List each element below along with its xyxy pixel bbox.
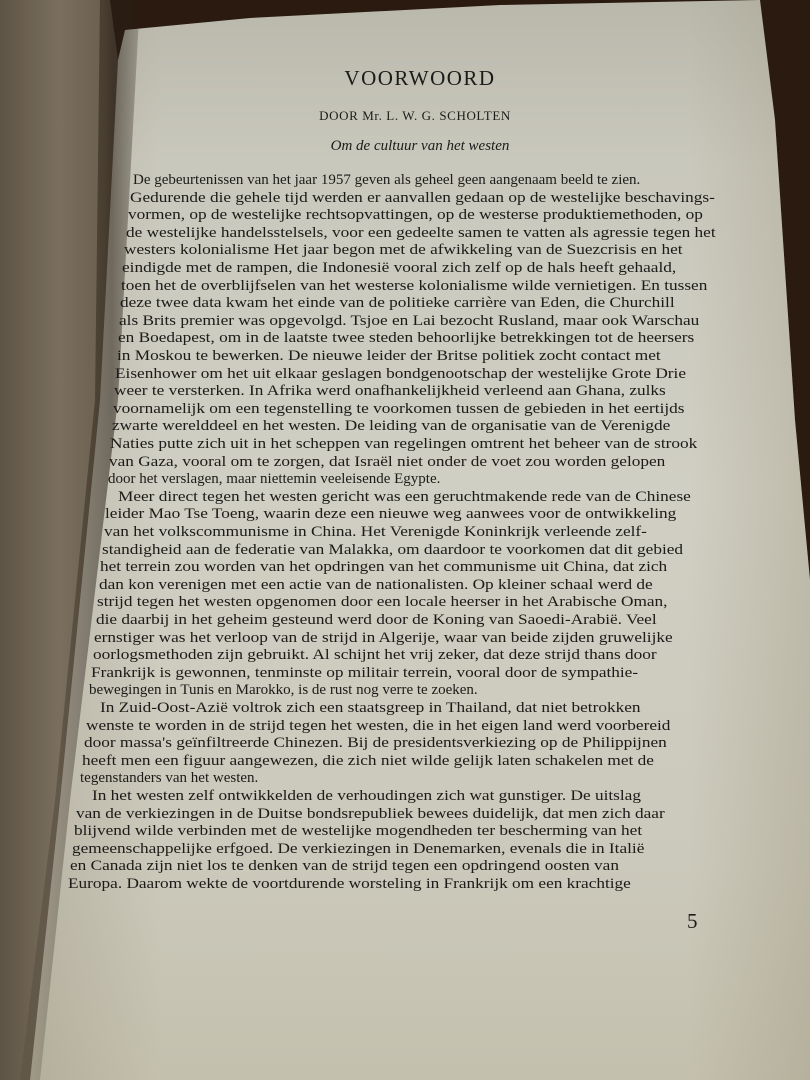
text-line: van het volkscommunisme in China. Het Ve… [104, 524, 647, 542]
text-line: Meer direct tegen het westen gericht was… [118, 489, 691, 507]
text-line: deze twee data kwam het einde van de pol… [120, 295, 675, 313]
text-line: De gebeurtenissen van het jaar 1957 geve… [133, 172, 640, 190]
text-line: het terrein zou worden van het opdringen… [100, 559, 667, 577]
text-line: heeft men een figuur aangewezen, die zic… [82, 753, 654, 771]
text-line: Gedurende die gehele tijd werden er aanv… [130, 190, 715, 208]
text-line: wenste te worden in de strijd tegen het … [86, 718, 670, 736]
text-line: Naties putte zich uit in het scheppen va… [110, 436, 697, 454]
text-line: de westelijke handelsstelsels, voor een … [126, 225, 716, 243]
text-line: door massa's geïnfiltreerde Chinezen. Bi… [84, 735, 667, 753]
text-line: Frankrijk is gewonnen, tenminste op mili… [91, 665, 638, 683]
text-line: In Zuid-Oost-Azië voltrok zich een staat… [100, 700, 641, 718]
text-line: van de verkiezingen in de Duitse bondsre… [76, 806, 665, 824]
page-number: 5 [687, 909, 698, 934]
text-line: voornamelijk om een tegenstelling te voo… [113, 401, 684, 419]
page-content: VOORWOORD DOOR Mr. L. W. G. SCHOLTEN Om … [0, 0, 810, 1080]
text-line: bewegingen in Tunis en Marokko, is de ru… [89, 682, 478, 700]
text-line: In het westen zelf ontwikkelden de verho… [92, 788, 641, 806]
text-line: en Boedapest, om in de laatste twee sted… [118, 330, 694, 348]
section-subtitle: Om de cultuur van het westen [290, 138, 550, 155]
text-line: eindigde met de rampen, die Indonesië vo… [122, 260, 676, 278]
text-line: dan kon verenigen met een actie van de n… [99, 577, 653, 595]
text-line: in Moskou te bewerken. De nieuwe leider … [117, 348, 661, 366]
text-line: gemeenschappelijke erfgoed. De verkiezin… [72, 841, 644, 859]
text-line: en Canada zijn niet los te denken van de… [70, 858, 619, 876]
text-line: als Brits premier was opgevolgd. Tsjoe e… [119, 313, 699, 331]
text-line: Europa. Daarom wekte de voortdurende wor… [68, 876, 631, 894]
text-line: oorlogsmethoden zijn gebruikt. Al schijn… [93, 647, 657, 665]
author-line: DOOR Mr. L. W. G. SCHOLTEN [280, 108, 550, 124]
text-line: vormen, op de westelijke rechtsopvatting… [128, 207, 703, 225]
text-line: die daarbij in het geheim gesteund werd … [96, 612, 657, 630]
text-line: strijd tegen het westen opgenomen door e… [97, 594, 667, 612]
text-line: toen het de overblijfselen van het weste… [121, 278, 707, 296]
text-line: van Gaza, vooral om te zorgen, dat Israë… [109, 454, 665, 472]
text-line: westers kolonialisme Het jaar begon met … [124, 242, 683, 260]
text-line: blijvend wilde verbinden met de westelij… [74, 823, 642, 841]
text-line: tegenstanders van het westen. [80, 770, 258, 788]
page-title: VOORWOORD [300, 66, 540, 91]
text-line: standigheid aan de federatie van Malakka… [102, 542, 683, 560]
text-line: weer te versterken. In Afrika werd onafh… [114, 383, 666, 401]
text-line: zwarte werelddeel en het westen. De leid… [112, 418, 670, 436]
text-line: Eisenhower om het uit elkaar geslagen bo… [115, 366, 686, 384]
text-line: ernstiger was het verloop van de strijd … [94, 630, 673, 648]
text-line: leider Mao Tse Toeng, waarin deze een ni… [105, 506, 676, 524]
text-line: door het verslagen, maar niettemin veele… [108, 471, 440, 489]
